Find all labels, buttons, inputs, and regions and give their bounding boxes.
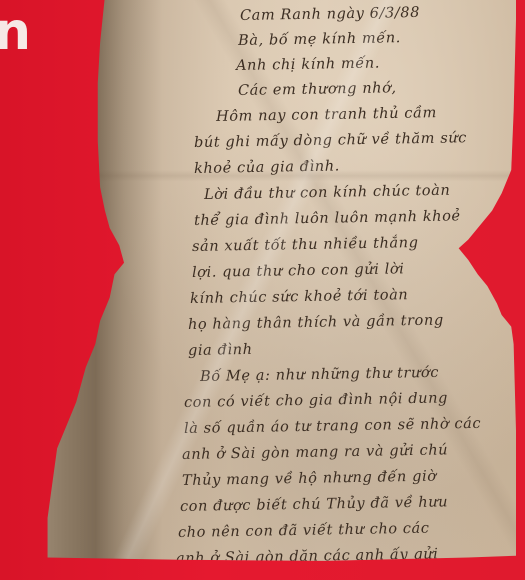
letter-body-line: thể gia đình luôn luôn mạnh khoẻ — [194, 208, 461, 229]
background-partial-letter: n — [0, 6, 31, 58]
letter-body-line: sản xuất tốt thu nhiều thắng — [192, 235, 419, 255]
letter-salutation: Anh chị kính mến. — [236, 55, 380, 74]
letter-salutation: Bà, bố mẹ kính mến. — [238, 30, 401, 49]
letter-body-line: kính chúc sức khoẻ tới toàn — [190, 287, 409, 307]
letter-body-line: khoẻ của gia đình. — [194, 158, 340, 177]
letter-body-line: gia đình — [188, 342, 253, 359]
letter-body-line: anh ở Sài gòn mang ra và gửi chú — [182, 442, 448, 463]
letter-body-line: Hôm nay con tranh thủ cầm — [216, 105, 437, 125]
letter-body-line: họ hàng thân thích và gần trong — [188, 313, 444, 333]
letter-body-line: Thủy mang về hộ nhưng đến giờ — [182, 469, 437, 489]
letter-body-line: con được biết chú Thủy đã về hưu — [180, 494, 448, 515]
letter-body-line: là số quần áo tư trang con sẽ nhờ các — [184, 416, 481, 437]
letter-salutation: Các em thương nhớ, — [238, 80, 397, 99]
letter-body-line: bút ghi mấy dòng chữ về thăm sức — [194, 130, 467, 151]
letter-place-date: Cam Ranh ngày 6/3/88 — [240, 5, 420, 24]
letter-body-line: Lời đầu thư con kính chúc toàn — [204, 183, 451, 203]
letter-body-line: Bố Mẹ ạ: như những thư trước — [200, 365, 439, 385]
letter-body-line: con có viết cho gia đình nội dung — [184, 390, 448, 411]
letter-body-line: cho nên con đã viết thư cho các — [178, 521, 430, 541]
letter-body-line: lợi. qua thư cho con gửi lời — [192, 261, 405, 281]
